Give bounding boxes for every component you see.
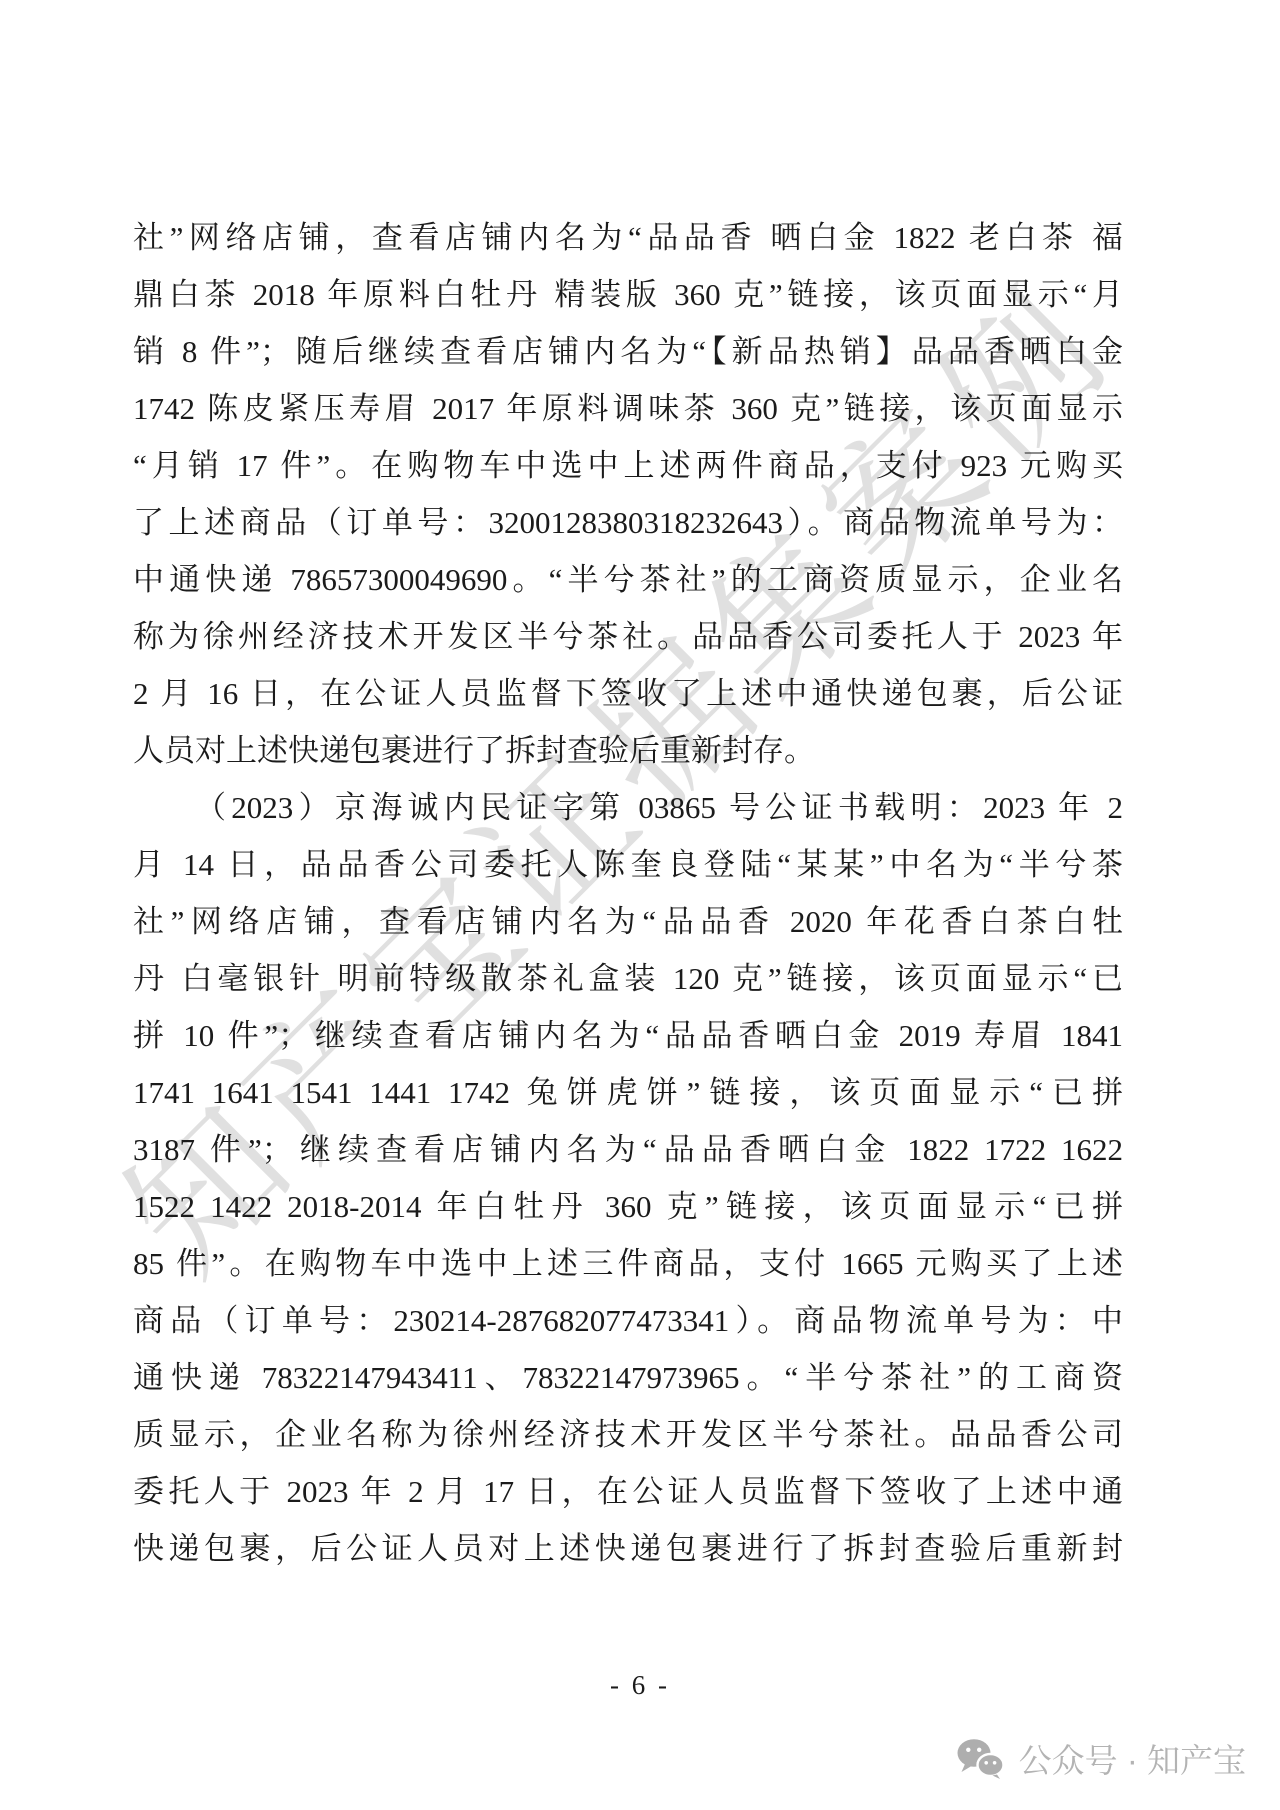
text-line: 称为徐州经济技术开发区半兮茶社。品品香公司委托人于 2023 年 [133,608,1123,665]
text-line: “月销 17 件”。在购物车中选中上述两件商品，支付 923 元购买 [133,437,1123,494]
text-line: 2 月 16 日，在公证人员监督下签收了上述中通快递包裹，后公证 [133,665,1123,722]
text-line: （2023）京海诚内民证字第 03865 号公证书载明：2023 年 2 [133,779,1123,836]
text-line: 中通快递 78657300049690。“半兮茶社”的工商资质显示，企业名 [133,551,1123,608]
footer-brand-text: 公众号 · 知产宝 [1019,1735,1246,1782]
document-page: 知产宝证据集案例 社”网络店铺，查看店铺内名为“品品香 晒白金 1822 老白茶… [0,0,1280,1810]
text-line: 质显示，企业名称为徐州经济技术开发区半兮茶社。品品香公司 [133,1406,1123,1463]
page-number: - 6 - [0,1670,1280,1701]
text-line: 人员对上述快递包裹进行了拆封查验后重新封存。 [133,722,1123,779]
text-line: 1522 1422 2018-2014 年白牡丹 360 克”链接，该页面显示“… [133,1178,1123,1235]
text-line: 鼎白茶 2018 年原料白牡丹 精装版 360 克”链接，该页面显示“月 [133,266,1123,323]
footer-brand: 公众号 · 知产宝 [956,1735,1246,1782]
text-line: 1742 陈皮紧压寿眉 2017 年原料调味茶 360 克”链接，该页面显示 [133,380,1123,437]
text-line: 拼 10 件”；继续查看店铺内名为“品品香晒白金 2019 寿眉 1841 [133,1007,1123,1064]
text-line: 丹 白毫银针 明前特级散茶礼盒装 120 克”链接，该页面显示“已 [133,950,1123,1007]
text-line: 3187 件”；继续查看店铺内名为“品品香晒白金 1822 1722 1622 [133,1121,1123,1178]
text-line: 1741 1641 1541 1441 1742 兔饼虎饼”链接，该页面显示“已… [133,1064,1123,1121]
text-line: 社”网络店铺，查看店铺内名为“品品香 2020 年花香白茶白牡 [133,893,1123,950]
wechat-icon [956,1738,1006,1780]
text-line: 85 件”。在购物车中选中上述三件商品，支付 1665 元购买了上述 [133,1235,1123,1292]
text-line: 了上述商品（订单号：3200128380318232643）。商品物流单号为： [133,494,1123,551]
text-line: 商品（订单号：230214-287682077473341）。商品物流单号为：中 [133,1292,1123,1349]
text-line: 月 14 日，品品香公司委托人陈奎良登陆“某某”中名为“半兮茶 [133,836,1123,893]
text-line: 委托人于 2023 年 2 月 17 日，在公证人员监督下签收了上述中通 [133,1463,1123,1520]
text-line: 社”网络店铺，查看店铺内名为“品品香 晒白金 1822 老白茶 福 [133,209,1123,266]
text-line: 销 8 件”；随后继续查看店铺内名为“【新品热销】品品香晒白金 [133,323,1123,380]
text-line: 通快递 78322147943411、78322147973965。“半兮茶社”… [133,1349,1123,1406]
text-line: 快递包裹，后公证人员对上述快递包裹进行了拆封查验后重新封 [133,1520,1123,1577]
document-body: 社”网络店铺，查看店铺内名为“品品香 晒白金 1822 老白茶 福 鼎白茶 20… [133,209,1123,1577]
